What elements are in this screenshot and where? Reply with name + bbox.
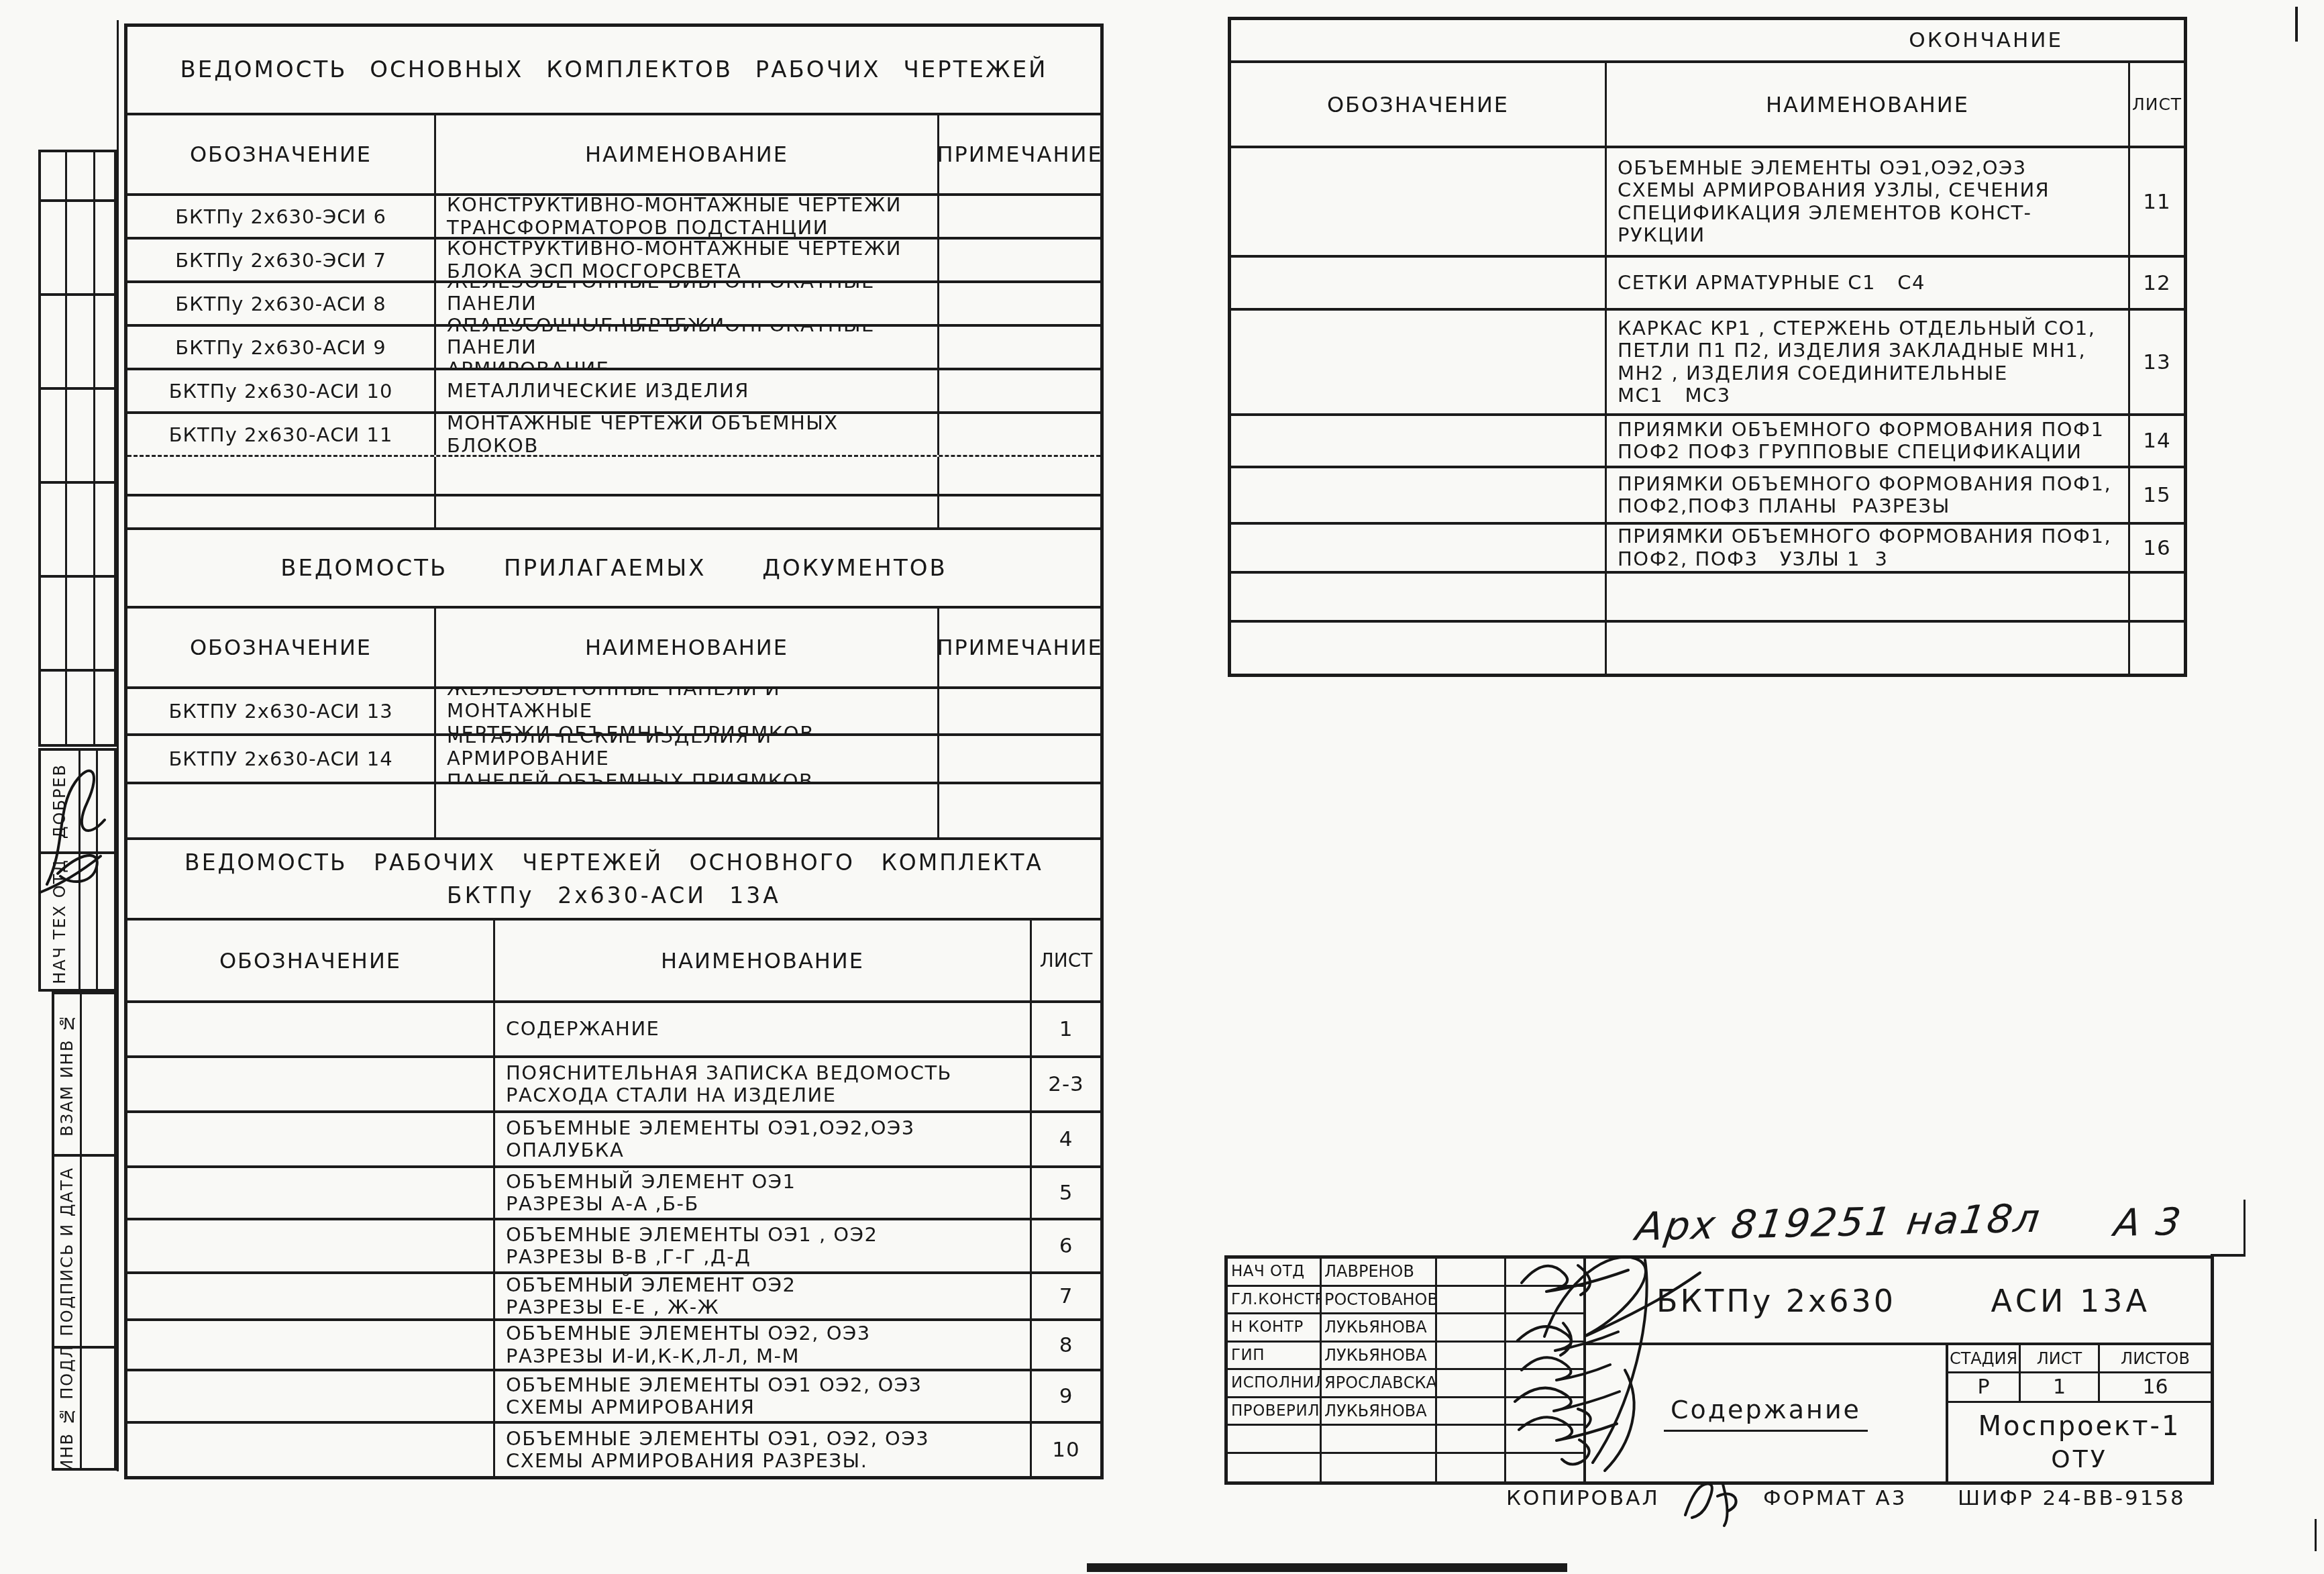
- name-cell: Железобетонные панели и монтажные чертеж…: [434, 689, 937, 733]
- name-cell: Объемный элемент ОЭ2 Разрезы Е-Е , Ж-Ж: [493, 1274, 1030, 1318]
- designation-cell: БКТПу 2х630-АСИ 9: [127, 327, 434, 368]
- sheets-label: Листов: [2100, 1345, 2211, 1373]
- left-margin-labels: Взам инв № Подпись и дата Инв № подл: [52, 992, 117, 1471]
- margin-grid-row: [41, 293, 114, 387]
- col-note: Примечание: [937, 609, 1100, 686]
- working-set-title-line1: Ведомость рабочих чертежей основного ком…: [184, 849, 1043, 876]
- left-margin-techdept: Добрев Нач тех отд: [38, 748, 117, 992]
- techdept-role: Нач тех отд: [50, 859, 69, 984]
- organization-cell: Моспроект-1 ОТУ: [1948, 1403, 2211, 1481]
- name-cell: Объемные элементы ОЭ1,ОЭ2,ОЭ3 Опалубка: [493, 1113, 1030, 1165]
- working-set-row: Объемные элементы ОЭ1 , ОЭ2 Разрезы В-В …: [127, 1218, 1100, 1271]
- sheet-cell: 4: [1030, 1113, 1100, 1165]
- stamp-sheet-title-cell: Содержание: [1583, 1345, 1946, 1481]
- note-cell: [937, 327, 1100, 368]
- signature-cell: [1437, 1314, 1506, 1343]
- margin-grid-row: [41, 199, 114, 293]
- sheet-label: Лист: [2021, 1345, 2100, 1373]
- note-cell: [937, 414, 1100, 455]
- sheet-cell: 11: [2128, 148, 2184, 255]
- name-cell: Содержание: [493, 1003, 1030, 1055]
- note-cell: [937, 689, 1100, 733]
- sheet-number: 1: [2021, 1373, 2100, 1403]
- person-name: Лукьянова: [1322, 1343, 1437, 1371]
- sheet-cell: 16: [2128, 525, 2184, 571]
- sheet-cell: 8: [1030, 1321, 1100, 1369]
- working-set-title-line2: БКТПу 2х630-АСИ 13А: [447, 882, 781, 908]
- working-set-row: Объемные элементы ОЭ1,ОЭ2,ОЭ3 Опалубка 4: [127, 1110, 1100, 1165]
- col-designation: Обозначение: [127, 921, 493, 1000]
- col-designation: Обозначение: [127, 609, 434, 686]
- main-sets-title: Ведомость основных комплектов рабочих че…: [127, 27, 1100, 113]
- attached-docs-row: БКТПУ 2х630-АСИ 13 Железобетонные панели…: [127, 686, 1100, 733]
- sheet-cell: 5: [1030, 1168, 1100, 1218]
- empty-row: [127, 494, 1100, 527]
- continuation-row: Приямки объемного формования ПОФ1, ПОФ2,…: [1231, 522, 2184, 571]
- main-sets-row: БКТПу 2х630-АСИ 10 Металлические изделия: [127, 368, 1100, 411]
- attached-docs-row: БКТПУ 2х630-АСИ 14 Металлические изделия…: [127, 733, 1100, 782]
- main-sets-row: БКТПу 2х630-АСИ 9 Железобетонные вибропр…: [127, 324, 1100, 368]
- designation-cell: [1231, 311, 1605, 413]
- name-cell: Пояснительная записка Ведомость расхода …: [493, 1058, 1030, 1110]
- sheet-cell: 12: [2128, 258, 2184, 308]
- person-name: Ростованов: [1322, 1287, 1437, 1315]
- name-cell: Сетки арматурные С1 С4: [1605, 258, 2128, 308]
- name-cell: Объемные элементы ОЭ1 ОЭ2, ОЭ3 Схемы арм…: [493, 1371, 1030, 1421]
- cut-mark-bottom-right: [2315, 1519, 2317, 1551]
- copied-label: Копировал: [1506, 1486, 1660, 1510]
- col-sheet: Лист: [1030, 921, 1100, 1000]
- margin-grid-row: [41, 575, 114, 669]
- name-cell: Монтажные чертежи объемных блоков: [434, 414, 937, 455]
- name-cell: Объемные элементы ОЭ2, ОЭ3 Разрезы И-И,К…: [493, 1321, 1030, 1369]
- sheet-cell: 6: [1030, 1220, 1100, 1271]
- continuation-row: Приямки объемного формования ПОФ1 ПОФ2 П…: [1231, 413, 2184, 466]
- designation-cell: БКТПУ 2х630-АСИ 14: [127, 736, 434, 782]
- stage-value: Р: [1948, 1373, 2021, 1403]
- main-sets-row: БКТПу 2х630-ЭСИ 6 Конструктивно-монтажны…: [127, 193, 1100, 237]
- name-cell: Каркас КР1 , стержень отдельный СО1, пет…: [1605, 311, 2128, 413]
- designation-cell: БКТПу 2х630-АСИ 11: [127, 414, 434, 455]
- empty-row: [1231, 620, 2184, 674]
- sheet-title: Содержание: [1664, 1395, 1868, 1432]
- role-label: Исполнил: [1228, 1370, 1322, 1398]
- stamp-object-cell: БКТПу 2х630 АСИ 13А: [1583, 1259, 2211, 1345]
- main-sets-row: БКТПу 2х630-АСИ 11 Монтажные чертежи объ…: [127, 411, 1100, 455]
- name-cell: Приямки объемного формования ПОФ1, ПОФ2,…: [1605, 525, 2128, 571]
- signature-kopiroval: [1685, 1483, 1736, 1526]
- continuation-row: Сетки арматурные С1 С4 12: [1231, 255, 2184, 308]
- name-cell: Объемные элементы ОЭ1,ОЭ2,ОЭ3 Схемы арми…: [1605, 148, 2128, 255]
- margin-grid-row: [41, 387, 114, 481]
- left-tables-block: Ведомость основных комплектов рабочих че…: [124, 23, 1104, 1479]
- working-set-row: Объемный элемент ОЭ1 Разрезы А-А ,Б-Б 5: [127, 1165, 1100, 1218]
- date-cell: [1506, 1370, 1583, 1398]
- signature-cell: [1437, 1287, 1506, 1315]
- stamp-stage-block: Стадия Лист Листов Р 1 16 Моспроект-1 ОТ…: [1946, 1345, 2211, 1481]
- left-margin-grid: [38, 150, 117, 747]
- object-code: БКТПу 2х630: [1656, 1283, 1896, 1319]
- person-name: Лукьянова: [1322, 1314, 1437, 1343]
- empty-row: [127, 782, 1100, 837]
- name-cell: Объемный элемент ОЭ1 Разрезы А-А ,Б-Б: [493, 1168, 1030, 1218]
- sheet-cell: 2-3: [1030, 1058, 1100, 1110]
- bottom-scan-bar: [1087, 1563, 1567, 1572]
- label-vzam-inv: Взам инв №: [58, 1012, 76, 1137]
- col-name: Наименование: [434, 609, 937, 686]
- signature-cell: [1437, 1343, 1506, 1371]
- title-block: Нач отд Лавренов Гл.констр Ростованов Н …: [1224, 1255, 2214, 1485]
- margin-grid-row: [41, 481, 114, 575]
- organization-dept: ОТУ: [2051, 1446, 2107, 1473]
- name-cell: Объемные элементы ОЭ1 , ОЭ2 Разрезы В-В …: [493, 1220, 1030, 1271]
- frame-left-line: [117, 20, 119, 1471]
- main-sets-row: БКТПу 2х630-АСИ 8 Железобетонные вибропр…: [127, 280, 1100, 324]
- role-label: Нач отд: [1228, 1259, 1322, 1287]
- attached-docs-title: Ведомость прилагаемых документов: [127, 527, 1100, 606]
- stage-label: Стадия: [1948, 1345, 2021, 1373]
- drawing-sheet: { "tables": { "main_sets": { "title": "В…: [0, 0, 2324, 1574]
- note-cell: [937, 283, 1100, 324]
- working-set-row: Объемные элементы ОЭ2, ОЭ3 Разрезы И-И,К…: [127, 1318, 1100, 1369]
- note-cell: [937, 370, 1100, 411]
- name-cell: Железобетонные вибропрокатные панели Опа…: [434, 283, 937, 324]
- working-set-row: Объемные элементы ОЭ1 ОЭ2, ОЭ3 Схемы арм…: [127, 1369, 1100, 1421]
- sheet-cell: 1: [1030, 1003, 1100, 1055]
- continuation-row: Объемные элементы ОЭ1,ОЭ2,ОЭ3 Схемы арми…: [1231, 146, 2184, 255]
- margin-grid-row: [41, 152, 114, 199]
- continuation-row: Каркас КР1 , стержень отдельный СО1, пет…: [1231, 308, 2184, 413]
- sheet-cell: 13: [2128, 311, 2184, 413]
- sheet-cell: 7: [1030, 1274, 1100, 1318]
- signature-cell: [1437, 1398, 1506, 1426]
- attached-docs-header: Обозначение Наименование Примечание: [127, 606, 1100, 686]
- name-cell: Конструктивно-монтажные чертежи блока ЭС…: [434, 240, 937, 280]
- col-name: Наименование: [493, 921, 1030, 1000]
- role-label: ГИП: [1228, 1343, 1322, 1371]
- note-cell: [937, 240, 1100, 280]
- format-corner-note: А 3: [2111, 1200, 2185, 1245]
- signature-cell: [1437, 1259, 1506, 1287]
- techdept-name: Добрев: [50, 764, 69, 839]
- note-cell: [937, 736, 1100, 782]
- designation-cell: [127, 1168, 493, 1218]
- designation-cell: БКТПу 2х630-АСИ 10: [127, 370, 434, 411]
- name-cell: Железобетонные вибропрокатные панели Арм…: [434, 327, 937, 368]
- col-designation: Обозначение: [127, 115, 434, 193]
- col-sheet: Лист: [2128, 63, 2184, 146]
- designation-cell: [127, 1058, 493, 1110]
- col-note: Примечание: [937, 115, 1100, 193]
- person-name: Лавренов: [1322, 1259, 1437, 1287]
- name-cell: Приямки объемного формования ПОФ1 ПОФ2 П…: [1605, 416, 2128, 466]
- name-cell: Конструктивно-монтажные чертежи трансфор…: [434, 196, 937, 237]
- continuation-row: Приямки объемного формования ПОФ1, ПОФ2,…: [1231, 466, 2184, 522]
- continuation-header: Обозначение Наименование Лист: [1231, 60, 2184, 146]
- working-set-row: Пояснительная записка Ведомость расхода …: [127, 1055, 1100, 1110]
- designation-cell: БКТПу 2х630-АСИ 8: [127, 283, 434, 324]
- date-cell: [1506, 1343, 1583, 1371]
- main-sets-header: Обозначение Наименование Примечание: [127, 113, 1100, 193]
- stamp-top-extension-line: [2211, 1254, 2246, 1257]
- frame-right-segment: [2243, 1200, 2246, 1257]
- sheet-cell: 9: [1030, 1371, 1100, 1421]
- name-cell: Приямки объемного формования ПОФ1, ПОФ2,…: [1605, 468, 2128, 522]
- designation-cell: [1231, 416, 1605, 466]
- sheet-cell: 14: [2128, 416, 2184, 466]
- person-name: Лукьянова: [1322, 1398, 1437, 1426]
- sheets-total: 16: [2100, 1373, 2211, 1403]
- designation-cell: [1231, 468, 1605, 522]
- date-cell: [1506, 1287, 1583, 1315]
- label-podpis-data: Подпись и дата: [58, 1167, 76, 1336]
- note-cell: [937, 196, 1100, 237]
- continuation-corner-label: Окончание: [1231, 20, 2184, 60]
- set-code: АСИ 13А: [1991, 1283, 2150, 1319]
- designation-cell: [127, 1321, 493, 1369]
- format-label: Формат А3: [1763, 1486, 1907, 1510]
- designation-cell: [127, 1003, 493, 1055]
- cipher-label: Шифр 24-ВВ-9158: [1958, 1486, 2186, 1510]
- main-sets-row: БКТПу 2х630-ЭСИ 7 Конструктивно-монтажны…: [127, 237, 1100, 280]
- techdept-role-cell: Нач тех отд: [41, 854, 78, 989]
- designation-cell: БКТПу 2х630-ЭСИ 6: [127, 196, 434, 237]
- role-label: Н контр: [1228, 1314, 1322, 1343]
- working-set-row: Объемные элементы ОЭ1, ОЭ2, ОЭ3 Схемы ар…: [127, 1421, 1100, 1476]
- techdept-name-cell: Добрев: [41, 751, 78, 851]
- cut-mark-top-right: [2295, 7, 2298, 42]
- continuation-table: Окончание Обозначение Наименование Лист …: [1228, 17, 2187, 677]
- empty-row: [1231, 571, 2184, 620]
- designation-cell: [1231, 148, 1605, 255]
- organization-name: Моспроект-1: [1978, 1411, 2181, 1442]
- col-designation: Обозначение: [1231, 63, 1605, 146]
- sheet-cell: 10: [1030, 1424, 1100, 1476]
- designation-cell: [127, 1220, 493, 1271]
- designation-cell: [127, 1274, 493, 1318]
- designation-cell: [127, 1371, 493, 1421]
- name-cell: Объемные элементы ОЭ1, ОЭ2, ОЭ3 Схемы ар…: [493, 1424, 1030, 1476]
- working-set-title: Ведомость рабочих чертежей основного ком…: [127, 837, 1100, 918]
- designation-cell: [1231, 258, 1605, 308]
- working-set-row: Содержание 1: [127, 1000, 1100, 1055]
- name-cell: Металлические изделия: [434, 370, 937, 411]
- label-inv-podl: Инв № подл: [58, 1349, 76, 1468]
- col-name: Наименование: [1605, 63, 2128, 146]
- working-set-row: Объемный элемент ОЭ2 Разрезы Е-Е , Ж-Ж 7: [127, 1271, 1100, 1318]
- col-name: Наименование: [434, 115, 937, 193]
- person-name: Ярославская: [1322, 1370, 1437, 1398]
- name-cell: Металлические изделия и армирование пане…: [434, 736, 937, 782]
- role-label: Проверил: [1228, 1398, 1322, 1426]
- date-cell: [1506, 1259, 1583, 1287]
- margin-grid-row: [41, 669, 114, 744]
- date-cell: [1506, 1314, 1583, 1343]
- role-label: Гл.констр: [1228, 1287, 1322, 1315]
- signature-cell: [1437, 1370, 1506, 1398]
- designation-cell: [127, 1113, 493, 1165]
- designation-cell: БКТПу 2х630-ЭСИ 7: [127, 240, 434, 280]
- sheet-cell: 15: [2128, 468, 2184, 522]
- date-cell: [1506, 1398, 1583, 1426]
- stamp-signature-grid: Нач отд Лавренов Гл.констр Ростованов Н …: [1228, 1259, 1583, 1481]
- empty-row: [127, 455, 1100, 494]
- archive-note: Арх 819251 на18л: [1633, 1196, 2044, 1250]
- working-set-header: Обозначение Наименование Лист: [127, 918, 1100, 1000]
- designation-cell: БКТПУ 2х630-АСИ 13: [127, 689, 434, 733]
- designation-cell: [127, 1424, 493, 1476]
- designation-cell: [1231, 525, 1605, 571]
